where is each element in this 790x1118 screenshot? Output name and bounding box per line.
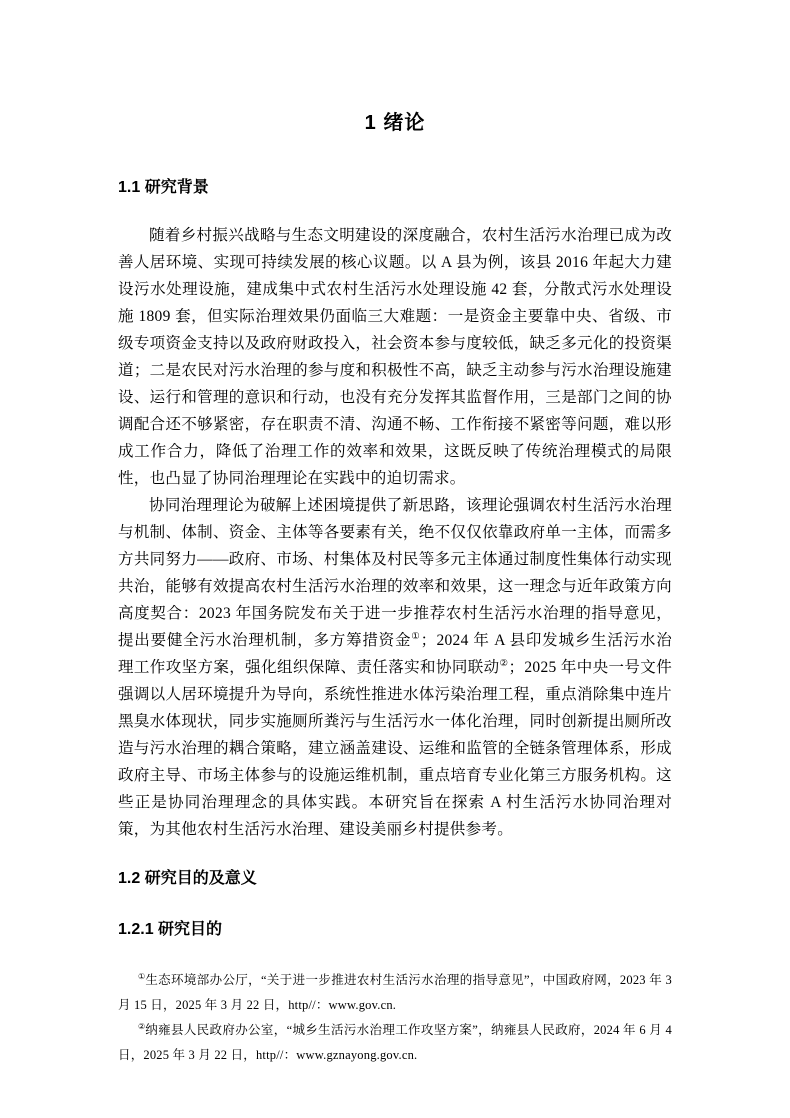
document-page: 1 绪论 1.1 研究背景 随着乡村振兴战略与生态文明建设的深度融合，农村生活污… [0, 0, 790, 1118]
footnotes-block: ①生态环境部办公厅，“关于进一步推进农村生活污水治理的指导意见”，中国政府网，2… [118, 968, 672, 1068]
section-heading-1-1: 1.1 研究背景 [118, 174, 672, 201]
chapter-title: 1 绪论 [118, 110, 672, 137]
section-heading-1-2-1: 1.2.1 研究目的 [118, 916, 672, 943]
paragraph-research-background-2: 协同治理理论为破解上述困境提供了新思路，该理论强调农村生活污水治理与机制、体制、… [118, 492, 672, 843]
paragraph-research-background-1: 随着乡村振兴战略与生态文明建设的深度融合，农村生活污水治理已成为改善人居环境、实… [118, 222, 672, 492]
section-heading-1-2: 1.2 研究目的及意义 [118, 865, 672, 892]
footnote-1: ①生态环境部办公厅，“关于进一步推进农村生活污水治理的指导意见”，中国政府网，2… [118, 968, 672, 1018]
footnote-2: ②纳雍县人民政府办公室，“城乡生活污水治理工作攻坚方案”，纳雍县人民政府，202… [118, 1018, 672, 1068]
